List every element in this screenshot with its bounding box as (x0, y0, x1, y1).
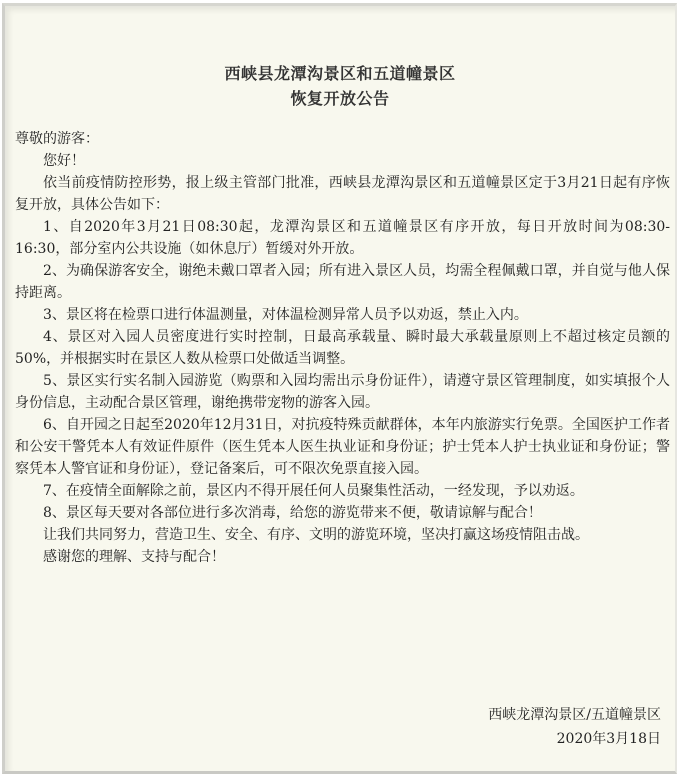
salutation: 尊敬的游客： (15, 128, 670, 150)
paragraph-intro: 依当前疫情防控形势，报上级主管部门批准，西峡县龙潭沟景区和五道幢景区定于3月21… (15, 172, 670, 216)
paragraph-item-2: 2、为确保游客安全，谢绝未戴口罩者入园；所有进入景区人员，均需全程佩戴口罩，并自… (15, 260, 670, 304)
notice-panel: 西峡县龙潭沟景区和五道幢景区 恢复开放公告 尊敬的游客： 您好！ 依当前疫情防控… (2, 3, 677, 774)
paragraph-item-3: 3、景区将在检票口进行体温测量，对体温检测异常人员予以劝返，禁止入内。 (15, 304, 670, 326)
paragraph-item-5: 5、景区实行实名制入园游览（购票和入园均需出示身份证件），请遵守景区管理制度，如… (15, 370, 670, 414)
signature-org: 西峡龙潭沟景区/五道幢景区 (261, 704, 661, 724)
paragraph-item-8: 8、景区每天要对各部位进行多次消毒，给您的游览带来不便，敬请谅解与配合！ (15, 502, 670, 524)
paragraph-item-4: 4、景区对入园人员密度进行实时控制，日最高承载量、瞬时最大承载量原则上不超过核定… (15, 326, 670, 370)
signature-date: 2020年3月18日 (261, 728, 661, 748)
paragraph-item-1: 1、自2020年3月21日08:30起，龙潭沟景区和五道幢景区有序开放，每日开放… (15, 216, 670, 260)
greeting: 您好！ (15, 150, 670, 172)
notice-subtitle: 恢复开放公告 (5, 86, 675, 109)
paragraph-item-6: 6、自开园之日起至2020年12月31日，对抗疫特殊贡献群体，本年内旅游实行免票… (15, 414, 670, 480)
notice-title: 西峡县龙潭沟景区和五道幢景区 (5, 61, 675, 84)
paragraph-item-7: 7、在疫情全面解除之前，景区内不得开展任何人员聚集性活动，一经发现，予以劝返。 (15, 480, 670, 502)
paragraph-thanks: 感谢您的理解、支持与配合！ (15, 546, 670, 568)
notice-body: 尊敬的游客： 您好！ 依当前疫情防控形势，报上级主管部门批准，西峡县龙潭沟景区和… (15, 128, 670, 568)
paragraph-appeal: 让我们共同努力，营造卫生、安全、有序、文明的游览环境，坚决打赢这场疫情阻击战。 (15, 524, 670, 546)
